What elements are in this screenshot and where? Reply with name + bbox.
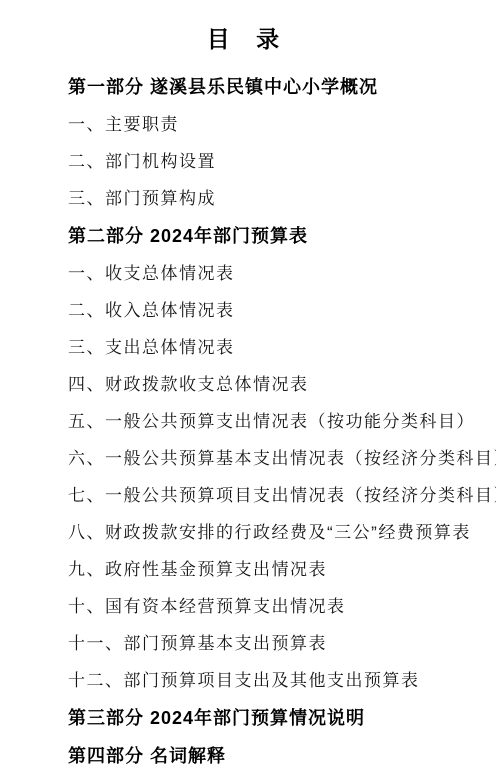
document-page: 目 录 第一部分 遂溪县乐民镇中心小学概况 一、主要职责 二、部门机构设置 三、… — [0, 0, 496, 781]
toc-entry: 六、一般公共预算基本支出情况表（按经济分类科目） — [68, 448, 468, 470]
toc-entry: 七、一般公共预算项目支出情况表（按经济分类科目） — [68, 485, 468, 507]
toc-entry: 四、财政拨款收支总体情况表 — [68, 374, 468, 396]
toc-section-heading: 第二部分 2024年部门预算表 — [68, 225, 468, 248]
toc-entry: 三、部门预算构成 — [68, 188, 468, 210]
toc-entry: 八、财政拨款安排的行政经费及“三公”经费预算表 — [68, 522, 468, 544]
toc-entry: 一、收支总体情况表 — [68, 263, 468, 285]
page-title: 目 录 — [28, 26, 468, 52]
toc-entry: 二、收入总体情况表 — [68, 300, 468, 322]
toc-entry: 十二、部门预算项目支出及其他支出预算表 — [68, 670, 468, 692]
toc-section-heading: 第三部分 2024年部门预算情况说明 — [68, 707, 468, 730]
toc-entry: 二、部门机构设置 — [68, 151, 468, 173]
toc-section-heading: 第四部分 名词解释 — [68, 745, 468, 768]
toc-entry: 五、一般公共预算支出情况表（按功能分类科目） — [68, 411, 468, 433]
toc-entry: 九、政府性基金预算支出情况表 — [68, 559, 468, 581]
toc-entry: 三、支出总体情况表 — [68, 337, 468, 359]
toc-entry: 十一、部门预算基本支出预算表 — [68, 633, 468, 655]
table-of-contents: 第一部分 遂溪县乐民镇中心小学概况 一、主要职责 二、部门机构设置 三、部门预算… — [68, 76, 468, 768]
toc-entry: 一、主要职责 — [68, 114, 468, 136]
toc-section-heading: 第一部分 遂溪县乐民镇中心小学概况 — [68, 76, 468, 99]
toc-entry: 十、国有资本经营预算支出情况表 — [68, 596, 468, 618]
